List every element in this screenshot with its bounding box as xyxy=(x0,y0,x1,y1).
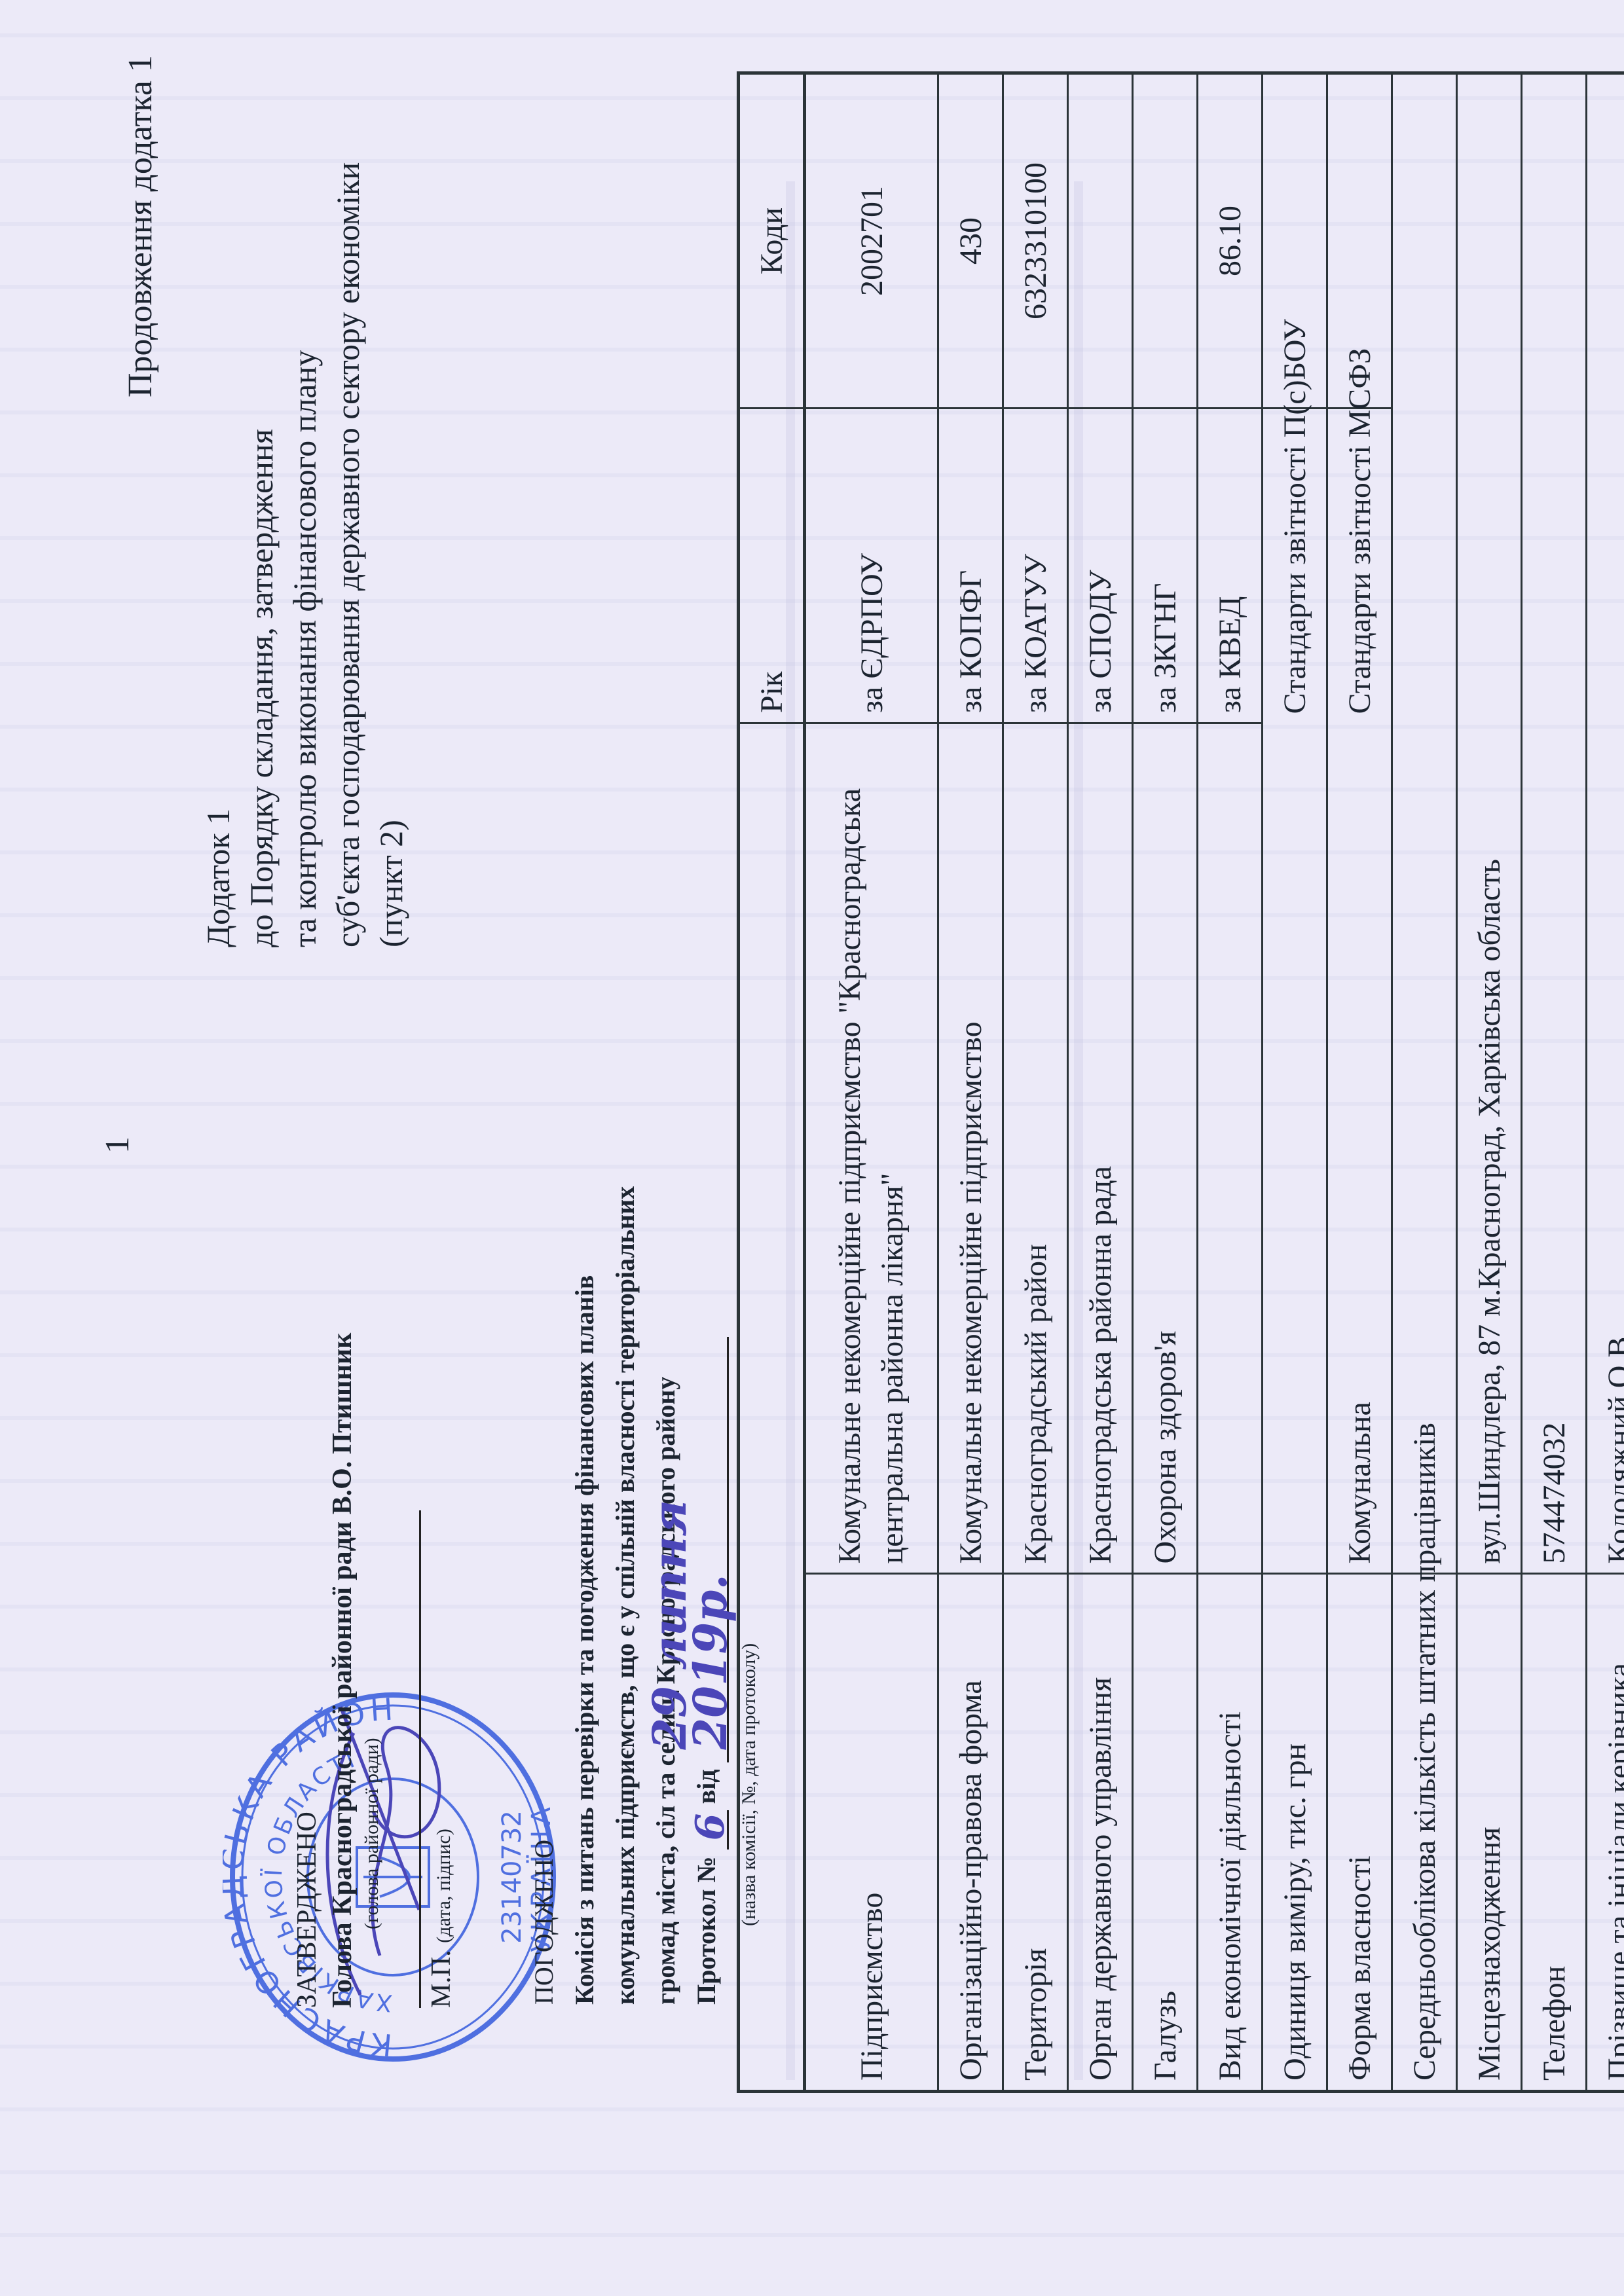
table-row: Прізвище та ініціали керівника Колодяжни… xyxy=(1587,73,1624,2092)
row-value: Красноградський район xyxy=(1003,723,1068,1575)
code-label: за ЗКГНГ xyxy=(1133,409,1198,723)
code-label: за ЄДРПОУ xyxy=(805,409,938,723)
row-label: Організаційно-правова форма xyxy=(938,1574,1003,2092)
official-stamp: КРАСНОГРАДСЬКА РАЙОННА РАДА ХАРКІВСЬКОЇ … xyxy=(223,1681,563,2073)
protocol-number-field: 6 xyxy=(686,1810,729,1850)
code-value: 430 xyxy=(938,73,1003,409)
row-label: Телефон xyxy=(1522,1574,1587,2092)
agreed-title: ПОГОДЖЕНО xyxy=(524,1186,564,2005)
appendix-header: Додаток 1 до Порядку складання, затвердж… xyxy=(196,162,413,947)
row-label: Форма власності xyxy=(1327,1574,1392,2092)
row-value: вул.Шиндлера, 87 м.Красноград, Харківськ… xyxy=(1457,73,1522,1575)
code-value xyxy=(1133,73,1198,409)
seal-label: М.П. xyxy=(426,1950,456,2008)
table-row: Вид економічної діяльності за КВЕД 86.10 xyxy=(1198,73,1263,2092)
table-row: Місцезнаходження вул.Шиндлера, 87 м.Крас… xyxy=(1457,73,1522,2092)
protocol-date: 29 липня 2019р. xyxy=(650,1337,731,1749)
appendix-line: суб'єкта господарювання державного секто… xyxy=(326,162,369,947)
from-label: від xyxy=(692,1769,721,1804)
table-row: Орган державного управління Красноградсь… xyxy=(1068,73,1133,2092)
date-sign-caption: (дата, підпис) xyxy=(433,1829,454,1943)
code-value xyxy=(1068,73,1133,409)
approved-title: ЗАТВЕРДЖЕНО xyxy=(291,1333,323,2008)
table-row: Телефон 574474032 xyxy=(1522,73,1587,2092)
row-label: Місцезнаходження xyxy=(1457,1574,1522,2092)
approver-position: Голова Красноградської районної ради В.О… xyxy=(327,1333,358,2008)
table-row: Одиниця виміру, тис. грн Стандарти звітн… xyxy=(1263,73,1327,2092)
appendix-line: до Порядку складання, затвердження xyxy=(240,162,283,947)
row-label: Прізвище та ініціали керівника xyxy=(1587,1574,1624,2092)
table-row: Середньооблікова кількість штатних праці… xyxy=(1392,73,1457,2092)
row-value: 574474032 xyxy=(1522,73,1587,1575)
seal-place: М.П. (дата, підпис) xyxy=(426,1829,457,2008)
reporting-standard: Стандарти звітності П(с)БОУ xyxy=(1263,409,1327,723)
reporting-standard: Стандарти звітності МСФЗ xyxy=(1327,409,1392,723)
row-label: Підприємство xyxy=(805,1574,938,2092)
agreement-block: ПОГОДЖЕНО Комісія з питань перевірки та … xyxy=(524,1186,769,2005)
approver-caption: (голова районної ради) xyxy=(361,1333,383,1929)
code-value: 6323310100 xyxy=(1003,73,1068,409)
row-label: Орган державного управління xyxy=(1068,1574,1133,2092)
row-label: Одиниця виміру, тис. грн xyxy=(1263,1574,1327,2092)
row-value xyxy=(1263,723,1327,1575)
table-row: Організаційно-правова форма Комунальне н… xyxy=(938,73,1003,2092)
code-value: 86.10 xyxy=(1198,73,1263,409)
table-row: Підприємство Комунальне некомерційне під… xyxy=(805,73,938,2092)
code-label: за КОАТУУ xyxy=(1003,409,1068,723)
code-value: 2002701 xyxy=(805,73,938,409)
protocol-date-field: 29 липня 2019р. xyxy=(686,1337,729,1762)
row-label: Галузь xyxy=(1133,1574,1198,2092)
stamp-code: 23140732 xyxy=(497,1810,527,1944)
document-page: 1 Продовження додатка 1 Додаток 1 до Пор… xyxy=(0,0,1624,2296)
code-label: за КОПФГ xyxy=(938,409,1003,723)
row-value: Комунальне некомерційне підприємство xyxy=(938,723,1003,1575)
year-header: Рік xyxy=(739,409,805,723)
signature-line xyxy=(419,1510,421,2008)
row-label: Територія xyxy=(1003,1574,1068,2092)
appendix-line: (пункт 2) xyxy=(369,162,413,947)
row-label: Середньооблікова кількість штатних праці… xyxy=(1392,1574,1457,2092)
appendix-line: та контролю виконання фінансового плану xyxy=(283,162,326,947)
approval-block: ЗАТВЕРДЖЕНО Голова Красноградської район… xyxy=(291,1333,383,2008)
commission-line: Комісія з питань перевірки та погодження… xyxy=(564,1186,605,2005)
row-value: Колодяжний О.В. xyxy=(1587,73,1624,1575)
row-value: Комунальна xyxy=(1327,723,1392,1575)
row-label: Вид економічної діяльності xyxy=(1198,1574,1263,2092)
row-value: Охорона здоров'я xyxy=(1133,723,1198,1575)
appendix-line: Додаток 1 xyxy=(196,162,240,947)
protocol-number: 6 xyxy=(690,1813,731,1841)
protocol-label: Протокол № xyxy=(692,1856,721,2005)
row-value: Комунальне некомерційне підприємство "Кр… xyxy=(805,723,938,1575)
continuation-label: Продовження додатка 1 xyxy=(121,55,160,397)
enterprise-info-table: Рік Коди Підприємство Комунальне некомер… xyxy=(737,71,1624,2093)
row-value: Красноградська районна рада xyxy=(1068,723,1133,1575)
code-label: за КВЕД xyxy=(1198,409,1263,723)
page-number: 1 xyxy=(98,1137,137,1154)
table-row: Форма власності Комунальна Стандарти зві… xyxy=(1327,73,1392,2092)
table-row: Галузь Охорона здоров'я за ЗКГНГ xyxy=(1133,73,1198,2092)
commission-line: комунальних підприємств, що є у спільній… xyxy=(605,1186,646,2005)
codes-header: Коди xyxy=(739,73,805,409)
table-row: Територія Красноградський район за КОАТУ… xyxy=(1003,73,1068,2092)
code-label: за СПОДУ xyxy=(1068,409,1133,723)
table-header-row: Рік Коди xyxy=(739,73,805,2092)
row-value xyxy=(1392,73,1457,1575)
row-value xyxy=(1198,723,1263,1575)
